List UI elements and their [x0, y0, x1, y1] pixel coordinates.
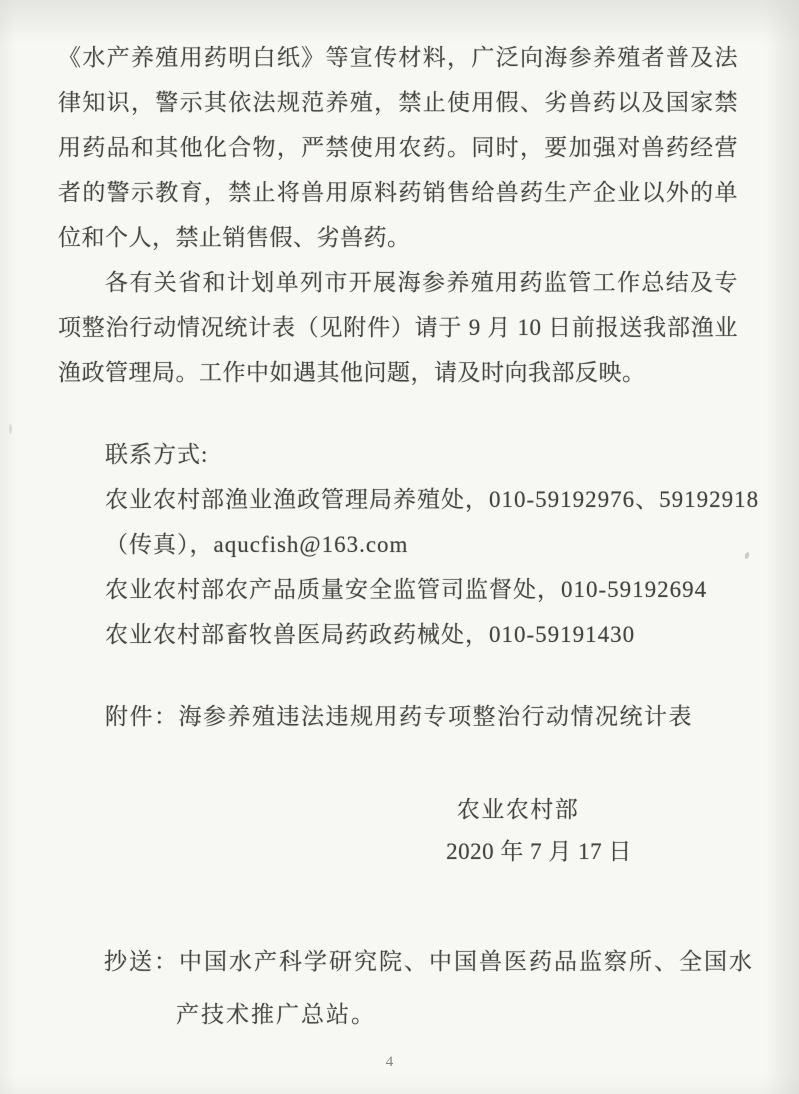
para1-line-5: 位和个人，禁止销售假、劣兽药。 [58, 215, 738, 260]
signature-date: 2020 年 7 月 17 日 [424, 837, 654, 867]
para1-line-3: 用药品和其他化合物，严禁使用农药。同时，要加强对兽药经营 [58, 125, 738, 170]
body-paragraphs: 《水产养殖用药明白纸》等宣传材料，广泛向海参养殖者普及法 律知识，警示其依法规范… [58, 35, 738, 395]
scanned-document-page: 《水产养殖用药明白纸》等宣传材料，广泛向海参养殖者普及法 律知识，警示其依法规范… [0, 0, 799, 1094]
attachment-note: 附件：海参养殖违法违规用药专项整治行动情况统计表 [105, 702, 693, 732]
cc-line-2: 产技术推广总站。 [104, 988, 764, 1041]
scan-speck-left-edge [9, 424, 12, 434]
contact-veterinary-bureau-line: 农业农村部畜牧兽医局药政药械处，010-59191430 [105, 612, 765, 657]
para1-line-4: 者的警示教育，禁止将兽用原料药销售给兽药生产企业以外的单 [58, 170, 738, 215]
para1-line-2: 律知识，警示其依法规范养殖，禁止使用假、劣兽药以及国家禁 [58, 80, 738, 125]
contact-quality-supervision-line: 农业农村部农产品质量安全监管司监督处，010-59192694 [105, 567, 765, 612]
para2-line-3: 渔政管理局。工作中如遇其他问题，请及时向我部反映。 [58, 350, 738, 395]
contact-fax-email-line: （传真），aqucfish@163.com [105, 522, 765, 567]
contact-heading: 联系方式: [105, 432, 765, 477]
signature-organization: 农业农村部 [403, 795, 633, 825]
contact-info: 联系方式: 农业农村部渔业渔政管理局养殖处，010-59192976、59192… [105, 432, 765, 657]
attachment-line: 附件：海参养殖违法违规用药专项整治行动情况统计表 [105, 702, 693, 732]
cc-recipients: 抄送：中国水产科学研究院、中国兽医药品监察所、全国水 产技术推广总站。 [104, 935, 764, 1041]
contact-fishery-bureau-line: 农业农村部渔业渔政管理局养殖处，010-59192976、59192918 [105, 477, 765, 522]
page-number: 4 [370, 1054, 410, 1071]
para2-line-2: 项整治行动情况统计表（见附件）请于 9 月 10 日前报送我部渔业 [58, 305, 738, 350]
para2-line-1: 各有关省和计划单列市开展海参养殖用药监管工作总结及专 [58, 260, 738, 305]
para1-line-1: 《水产养殖用药明白纸》等宣传材料，广泛向海参养殖者普及法 [58, 35, 738, 80]
cc-line-1: 抄送：中国水产科学研究院、中国兽医药品监察所、全国水 [104, 935, 764, 988]
